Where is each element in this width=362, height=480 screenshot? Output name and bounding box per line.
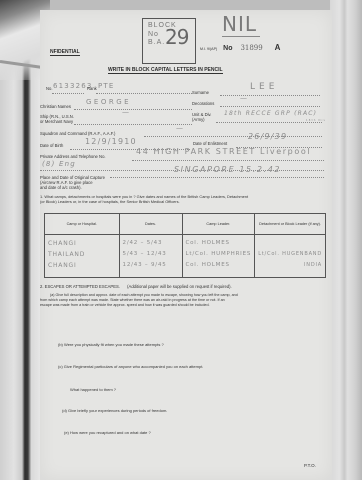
question2-heading-note: (Additional paper will be supplied on re…: [127, 284, 232, 289]
serial-suffix: A: [275, 43, 281, 52]
question1-text-line2: (or Block) Leaders or, in the case of ho…: [40, 199, 180, 204]
christian-names-label: Christian Names: [40, 104, 71, 109]
classification-label: NFIDENTIAL: [50, 49, 80, 56]
camps-table: Camp or Hospital. Dates. Camp Leader. De…: [44, 213, 326, 278]
question2c-followup: What happened to them ?: [70, 387, 116, 392]
christian-names-value: GEORGE: [86, 98, 131, 106]
capture-label-3: and date of a/c crash).: [40, 185, 82, 190]
enlistment-label: Date of Enlistment: [193, 141, 227, 146]
unit-value: 18th RECCE GRP (RAC): [224, 110, 317, 117]
header-camp: Camp or Hospital.: [45, 214, 120, 235]
number-label: No: [223, 45, 232, 52]
block-stamp: BLOCK No B.A. 29: [142, 18, 196, 64]
camp-leader-cell: Col. HOLMES Lt/Col. HUMPHRIES Col. HOLME…: [182, 235, 255, 278]
header-camp-leader: Camp Leader.: [182, 214, 255, 235]
question2d: (d) Give briefly your experiences during…: [62, 408, 167, 413]
form-ref: M.I. 9/(AP): [200, 47, 217, 51]
dates-cell: 2/42 – 5/43 5/43 – 12/43 12/43 – 9/45: [119, 235, 182, 278]
question2-heading: 2. ESCAPES OR ATTEMPTED ESCAPES. (Additi…: [40, 284, 232, 289]
decorations-value: —: [240, 94, 248, 102]
decorations-label: Decorations: [192, 101, 214, 106]
detachment-leader-cell: Lt/Col. HUGENBAND INDIA: [255, 235, 326, 278]
dob-label: Date of Birth: [40, 143, 63, 148]
question2c: (c) Give Regimental particulars of anyon…: [58, 364, 203, 369]
rank-value: PTE: [98, 82, 115, 90]
pow-questionnaire-form: BLOCK No B.A. 29 NIL M.I. 9/(AP) No 3189…: [40, 10, 332, 480]
enlistment-value: 26/9/39: [248, 132, 287, 141]
squadron-label: Squadron and Command (R.A.F., A.A.F.): [40, 131, 115, 136]
address-value-line1: 44 HIGH PARK STREET Liverpool: [136, 147, 311, 156]
stacked-pages-right: [330, 0, 362, 480]
address-value-line2: (8) Eng: [42, 160, 76, 168]
form-instruction: WRITE IN BLOCK CAPITAL LETTERS IN PENCIL: [108, 67, 223, 74]
capture-value: SINGAPORE 15.2.42: [174, 165, 281, 174]
question2b: (b) Were you physically fit when you mad…: [58, 342, 164, 347]
squadron-value: —: [176, 124, 184, 132]
form-serial: M.I. 9/(AP) No 31899 A: [200, 43, 280, 52]
table-row: CHANGI THAILAND CHANGI 2/42 – 5/43 5/43 …: [45, 235, 326, 278]
stamp-block-number: 29: [165, 33, 188, 42]
camp-cell: CHANGI THAILAND CHANGI: [45, 235, 120, 278]
nil-underline: [222, 36, 260, 37]
address-label: Private Address and Telephone No.: [40, 154, 106, 159]
serial-number: 31899: [240, 44, 262, 52]
rank-label: Rank: [87, 86, 97, 91]
question2a-line1: (a) Give full description and approx. da…: [50, 293, 238, 297]
question2a-line3: escape was made from a train or vehicle …: [40, 303, 210, 307]
unit-label-2: (Army): [192, 117, 205, 122]
ship-label-2: or Merchant Navy: [40, 119, 73, 124]
header-detachment-leader: Detachment or Block Leader (if any).: [255, 214, 326, 235]
question2-heading-text: 2. ESCAPES OR ATTEMPTED ESCAPES.: [40, 284, 120, 289]
no-label: No.: [46, 86, 53, 91]
surname-value: LEE: [250, 82, 278, 92]
folder-spine-left: [0, 0, 40, 480]
question2a-line2: from which camp each attempt was made. S…: [40, 298, 225, 302]
please-turn-over: P.T.O.: [304, 463, 316, 468]
header-dates: Dates.: [119, 214, 182, 235]
question2e: (e) How were you recaptured and on what …: [64, 430, 151, 435]
ship-value: —: [122, 108, 130, 116]
dob-value: 12/9/1910: [85, 137, 137, 146]
nil-annotation: NIL: [222, 12, 257, 36]
surname-label: Surname: [192, 90, 209, 95]
